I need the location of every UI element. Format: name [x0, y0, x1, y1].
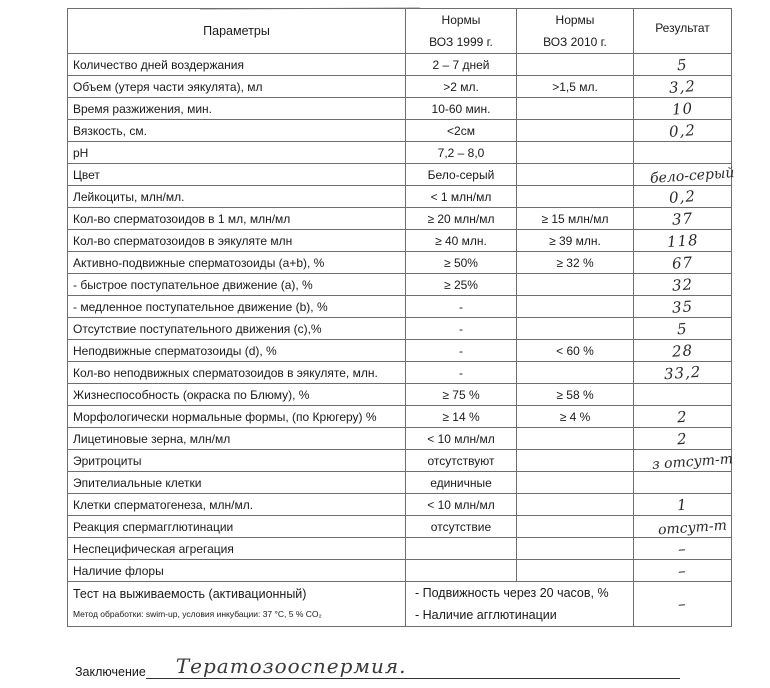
result-cell: [634, 384, 732, 406]
who-2010-norm-cell: ≥ 32 %: [517, 252, 634, 274]
header-who-1999-line2: ВОЗ 1999 г.: [411, 31, 511, 53]
handwritten-result: з отсут-т: [652, 451, 734, 473]
who-2010-norm-cell: [517, 296, 634, 318]
table-row: Кол-во сперматозоидов в эякуляте млн≥ 40…: [68, 230, 732, 252]
parameter-cell: Активно-подвижные сперматозоиды (a+b), %: [68, 252, 406, 274]
table-row: Жизнеспособность (окраска по Блюму), %≥ …: [68, 384, 732, 406]
survival-param-cell: Тест на выживаемость (активационный) Мет…: [68, 582, 406, 627]
result-cell: 32: [634, 274, 732, 296]
semen-analysis-table: Параметры Нормы ВОЗ 1999 г. Нормы ВОЗ 20…: [67, 8, 732, 627]
parameter-cell: Лейкоциты, млн/мл.: [68, 186, 406, 208]
result-cell: 2: [634, 406, 732, 428]
handwritten-result: 33,2: [663, 362, 702, 383]
who-2010-norm-cell: [517, 494, 634, 516]
who-1999-norm-cell: ≥ 75 %: [406, 384, 517, 406]
survival-norm-agglutination: - Наличие агглютинации: [415, 604, 628, 626]
survival-norms-cell: - Подвижность через 20 часов, % - Наличи…: [406, 582, 634, 627]
who-2010-norm-cell: [517, 98, 634, 120]
parameter-cell: Отсутствие поступательного движения (c),…: [68, 318, 406, 340]
handwritten-result: 118: [666, 230, 699, 250]
table-row: ЦветБело-серыйбело-серый: [68, 164, 732, 186]
result-cell: 67: [634, 252, 732, 274]
parameter-cell: Время разжижения, мин.: [68, 98, 406, 120]
table-row: - медленное поступательное движение (b),…: [68, 296, 732, 318]
result-cell: 33,2: [634, 362, 732, 384]
who-1999-norm-cell: < 10 млн/мл: [406, 428, 517, 450]
who-1999-norm-cell: -: [406, 340, 517, 362]
who-2010-norm-cell: [517, 472, 634, 494]
table-row: pH7,2 – 8,0: [68, 142, 732, 164]
parameter-cell: Кол-во неподвижных сперматозоидов в эяку…: [68, 362, 406, 384]
who-1999-norm-cell: -: [406, 362, 517, 384]
survival-result: –: [634, 582, 732, 627]
who-2010-norm-cell: [517, 428, 634, 450]
result-cell: 1: [634, 494, 732, 516]
result-cell: 118: [634, 230, 732, 252]
parameter-cell: Наличие флоры: [68, 560, 406, 582]
table-row: Вязкость, см.<2см0,2: [68, 120, 732, 142]
parameter-cell: Лицетиновые зерна, млн/мл: [68, 428, 406, 450]
handwritten-result: 2: [677, 429, 689, 448]
handwritten-result: 5: [677, 319, 689, 338]
parameter-cell: Реакция спермагглютинации: [68, 516, 406, 538]
parameter-cell: Жизнеспособность (окраска по Блюму), %: [68, 384, 406, 406]
who-2010-norm-cell: [517, 538, 634, 560]
table-body: Количество дней воздержания2 – 7 дней5Об…: [68, 54, 732, 582]
who-1999-norm-cell: [406, 560, 517, 582]
survival-test-row: Тест на выживаемость (активационный) Мет…: [68, 582, 732, 627]
table-row: Количество дней воздержания2 – 7 дней5: [68, 54, 732, 76]
survival-result-value: –: [678, 595, 688, 614]
parameter-cell: Неподвижные сперматозоиды (d), %: [68, 340, 406, 362]
parameter-cell: - медленное поступательное движение (b),…: [68, 296, 406, 318]
table-row: Наличие флоры–: [68, 560, 732, 582]
table-row: Эритроцитыотсутствуютз отсут-т: [68, 450, 732, 472]
table-row: Реакция спермагглютинацииотсутствиеотсут…: [68, 516, 732, 538]
handwritten-result: 37: [671, 209, 693, 228]
who-1999-norm-cell: отсутствуют: [406, 450, 517, 472]
who-1999-norm-cell: 2 – 7 дней: [406, 54, 517, 76]
who-2010-norm-cell: [517, 54, 634, 76]
handwritten-result: 32: [671, 275, 693, 294]
who-2010-norm-cell: ≥ 39 млн.: [517, 230, 634, 252]
result-cell: 5: [634, 54, 732, 76]
parameter-cell: - быстрое поступательное движение (a), %: [68, 274, 406, 296]
survival-norm-motility: - Подвижность через 20 часов, %: [415, 582, 628, 604]
parameter-cell: Вязкость, см.: [68, 120, 406, 142]
survival-method: Метод обработки: swim-up, условия инкуба…: [73, 604, 400, 624]
who-1999-norm-cell: -: [406, 318, 517, 340]
handwritten-result: 5: [677, 55, 689, 74]
header-who-1999: Нормы ВОЗ 1999 г.: [406, 9, 517, 54]
header-who-2010-line1: Нормы: [522, 9, 628, 31]
result-cell: 5: [634, 318, 732, 340]
result-cell: –: [634, 560, 732, 582]
who-1999-norm-cell: ≥ 25%: [406, 274, 517, 296]
who-2010-norm-cell: [517, 560, 634, 582]
who-2010-norm-cell: [517, 164, 634, 186]
header-who-2010: Нормы ВОЗ 2010 г.: [517, 9, 634, 54]
table-row: Морфологически нормальные формы, (по Крю…: [68, 406, 732, 428]
handwritten-result: 0,2: [668, 121, 696, 141]
result-cell: бело-серый: [634, 164, 732, 186]
result-cell: отсут-т: [634, 516, 732, 538]
table-row: Активно-подвижные сперматозоиды (a+b), %…: [68, 252, 732, 274]
table-row: Объем (утеря части эякулята), мл>2 мл.>1…: [68, 76, 732, 98]
who-2010-norm-cell: [517, 142, 634, 164]
result-cell: –: [634, 538, 732, 560]
result-cell: 3,2: [634, 76, 732, 98]
parameter-cell: Неспецифическая агрегация: [68, 538, 406, 560]
survival-param: Тест на выживаемость (активационный): [73, 584, 400, 604]
who-1999-norm-cell: ≥ 20 млн/мл: [406, 208, 517, 230]
handwritten-result: 1: [677, 495, 689, 514]
parameter-cell: Морфологически нормальные формы, (по Крю…: [68, 406, 406, 428]
handwritten-result: 0,2: [668, 187, 696, 207]
table-row: Отсутствие поступательного движения (c),…: [68, 318, 732, 340]
parameter-cell: Кол-во сперматозоидов в эякуляте млн: [68, 230, 406, 252]
table-header-row: Параметры Нормы ВОЗ 1999 г. Нормы ВОЗ 20…: [68, 9, 732, 54]
parameter-cell: Объем (утеря части эякулята), мл: [68, 76, 406, 98]
handwritten-result: 3,2: [668, 77, 696, 97]
who-2010-norm-cell: [517, 318, 634, 340]
result-cell: [634, 142, 732, 164]
who-2010-norm-cell: [517, 186, 634, 208]
result-cell: 2: [634, 428, 732, 450]
handwritten-result: 28: [671, 341, 693, 360]
parameter-cell: Эритроциты: [68, 450, 406, 472]
result-cell: 35: [634, 296, 732, 318]
handwritten-result: 2: [677, 407, 689, 426]
who-1999-norm-cell: ≥ 40 млн.: [406, 230, 517, 252]
conclusion-line: Тератозооспермия.: [146, 656, 680, 679]
handwritten-result: 10: [671, 99, 693, 118]
who-1999-norm-cell: 7,2 – 8,0: [406, 142, 517, 164]
who-2010-norm-cell: ≥ 4 %: [517, 406, 634, 428]
header-result: Результат: [634, 9, 732, 54]
who-1999-norm-cell: <2см: [406, 120, 517, 142]
who-1999-norm-cell: [406, 538, 517, 560]
handwritten-result: отсут-т: [658, 517, 728, 538]
parameter-cell: Цвет: [68, 164, 406, 186]
who-2010-norm-cell: [517, 362, 634, 384]
who-1999-norm-cell: -: [406, 296, 517, 318]
result-cell: 37: [634, 208, 732, 230]
table-row: Кол-во сперматозоидов в 1 мл, млн/мл≥ 20…: [68, 208, 732, 230]
who-1999-norm-cell: отсутствие: [406, 516, 517, 538]
parameter-cell: Кол-во сперматозоидов в 1 мл, млн/мл: [68, 208, 406, 230]
table-row: Клетки сперматогенеза, млн/мл.< 10 млн/м…: [68, 494, 732, 516]
result-cell: [634, 472, 732, 494]
table-row: Время разжижения, мин.10-60 мин.10: [68, 98, 732, 120]
handwritten-result: бело-серый: [650, 165, 735, 187]
table-row: - быстрое поступательное движение (a), %…: [68, 274, 732, 296]
header-who-2010-line2: ВОЗ 2010 г.: [522, 31, 628, 53]
who-1999-norm-cell: >2 мл.: [406, 76, 517, 98]
who-1999-norm-cell: ≥ 14 %: [406, 406, 517, 428]
handwritten-result: 67: [671, 253, 693, 272]
result-cell: з отсут-т: [634, 450, 732, 472]
who-2010-norm-cell: [517, 450, 634, 472]
table-row: Неспецифическая агрегация–: [68, 538, 732, 560]
conclusion: Заключение Тератозооспермия.: [75, 656, 680, 679]
who-2010-norm-cell: [517, 516, 634, 538]
table-row: Лицетиновые зерна, млн/мл< 10 млн/мл2: [68, 428, 732, 450]
table-row: Лейкоциты, млн/мл.< 1 млн/мл0,2: [68, 186, 732, 208]
conclusion-value: Тератозооспермия.: [176, 654, 407, 678]
who-1999-norm-cell: ≥ 50%: [406, 252, 517, 274]
table-row: Эпителиальные клеткиединичные: [68, 472, 732, 494]
who-1999-norm-cell: < 10 млн/мл: [406, 494, 517, 516]
who-1999-norm-cell: Бело-серый: [406, 164, 517, 186]
who-2010-norm-cell: < 60 %: [517, 340, 634, 362]
result-cell: 28: [634, 340, 732, 362]
who-2010-norm-cell: [517, 120, 634, 142]
header-who-1999-line1: Нормы: [411, 9, 511, 31]
handwritten-result: –: [678, 561, 688, 580]
handwritten-result: 35: [671, 297, 693, 316]
table-row: Неподвижные сперматозоиды (d), %-< 60 %2…: [68, 340, 732, 362]
header-parameters: Параметры: [68, 9, 406, 54]
parameter-cell: Количество дней воздержания: [68, 54, 406, 76]
who-1999-norm-cell: 10-60 мин.: [406, 98, 517, 120]
parameter-cell: Клетки сперматогенеза, млн/мл.: [68, 494, 406, 516]
table-row: Кол-во неподвижных сперматозоидов в эяку…: [68, 362, 732, 384]
result-cell: 10: [634, 98, 732, 120]
result-cell: 0,2: [634, 120, 732, 142]
who-2010-norm-cell: ≥ 15 млн/мл: [517, 208, 634, 230]
handwritten-result: –: [678, 539, 688, 558]
who-1999-norm-cell: единичные: [406, 472, 517, 494]
who-2010-norm-cell: ≥ 58 %: [517, 384, 634, 406]
parameter-cell: pH: [68, 142, 406, 164]
who-2010-norm-cell: >1,5 мл.: [517, 76, 634, 98]
who-1999-norm-cell: < 1 млн/мл: [406, 186, 517, 208]
conclusion-label: Заключение: [75, 665, 146, 679]
result-cell: 0,2: [634, 186, 732, 208]
who-2010-norm-cell: [517, 274, 634, 296]
parameter-cell: Эпителиальные клетки: [68, 472, 406, 494]
